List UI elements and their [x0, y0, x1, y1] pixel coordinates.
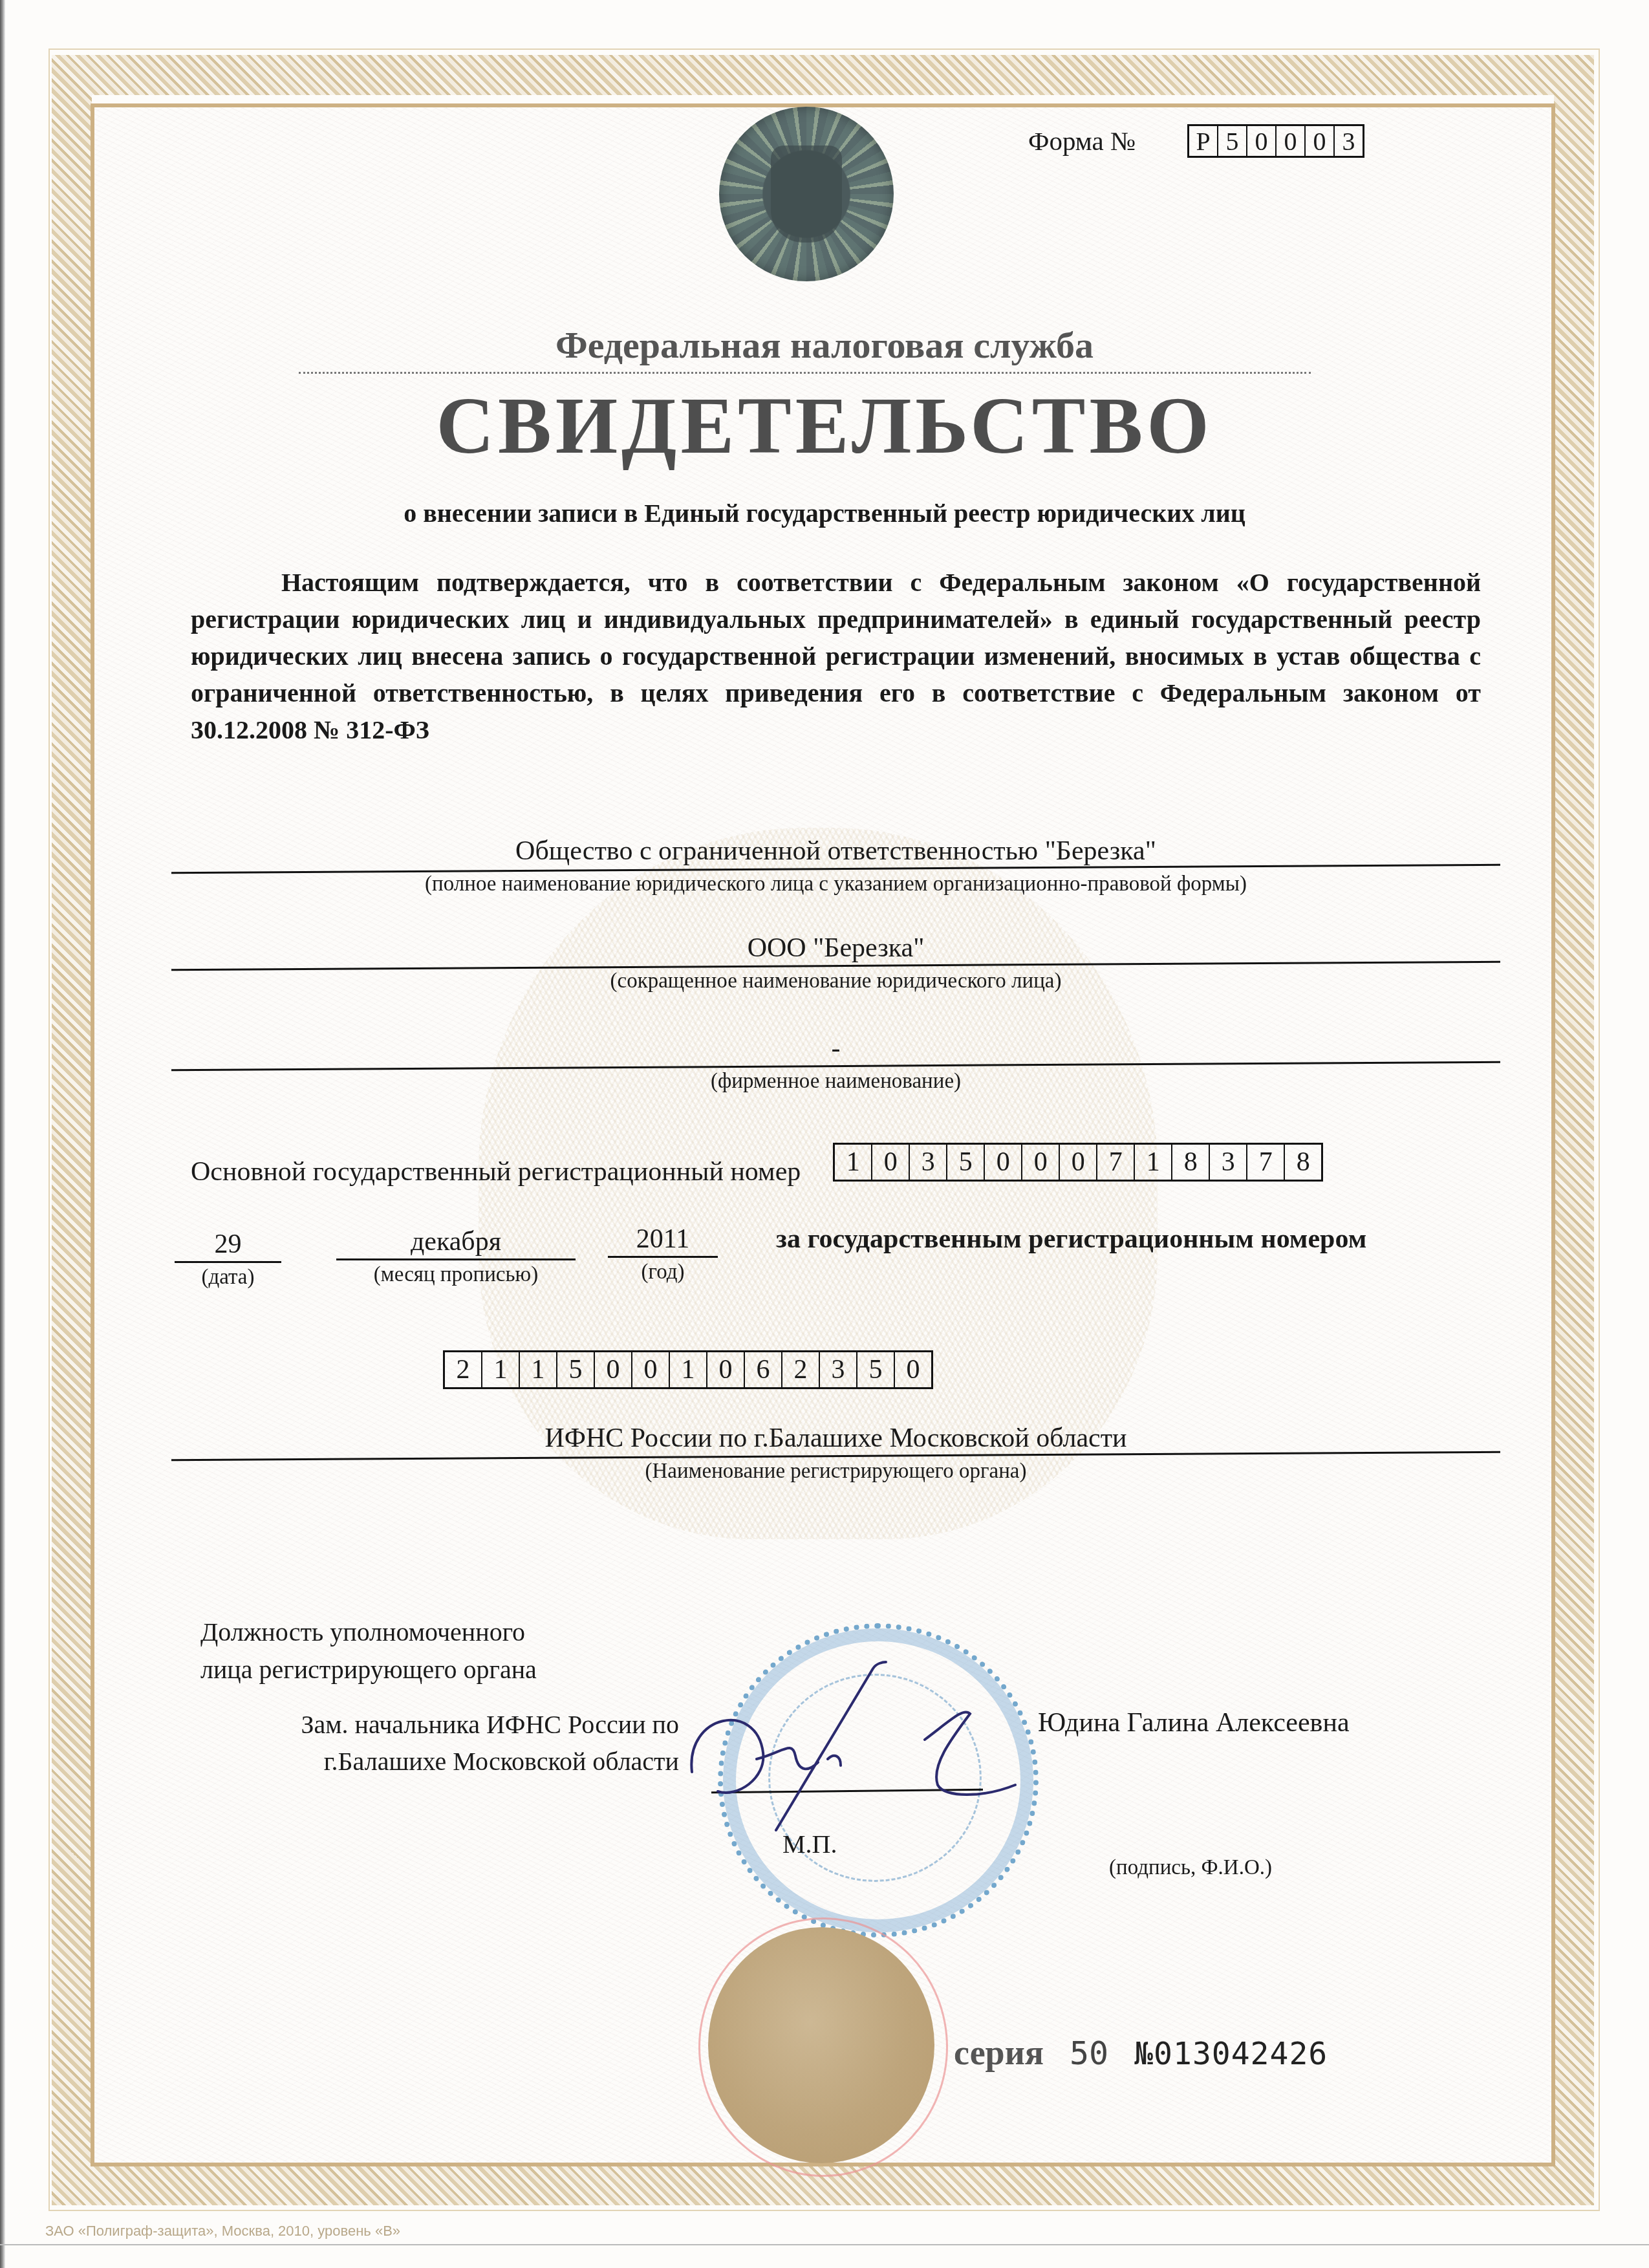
grn-digit-cell: 5	[857, 1352, 895, 1387]
ogrn-digit-cell: 1	[1135, 1145, 1172, 1180]
embossed-seal-icon	[708, 1927, 934, 2163]
ogrn-digit-cell: 0	[1060, 1145, 1097, 1180]
certificate-title: СВИДЕТЕЛЬСТВО	[0, 380, 1649, 472]
grn-digit-cell: 1	[482, 1352, 520, 1387]
grn-digit-cell: 1	[670, 1352, 707, 1387]
ogrn-digit-cell: 3	[1210, 1145, 1247, 1180]
handwritten-signature-icon	[679, 1643, 1041, 1843]
hologram-emblem-icon	[719, 107, 894, 281]
form-number-cell: 0	[1306, 126, 1335, 156]
authority-caption: (Наименование регистрирующего органа)	[171, 1460, 1500, 1484]
authority-field: ИФНС России по г.Балашихе Московской обл…	[171, 1421, 1500, 1484]
date-day-value: 29	[175, 1227, 281, 1261]
seal-place-label: М.П.	[782, 1829, 837, 1859]
date-year-rule	[608, 1256, 718, 1258]
registration-number-label: за государственным регистрационным номер…	[776, 1222, 1366, 1256]
ogrn-digit-cell: 1	[835, 1145, 872, 1180]
ogrn-label: Основной государственный регистрационный…	[191, 1156, 801, 1187]
grn-cells: 2115001062350	[443, 1350, 933, 1389]
grn-digit-cell: 0	[595, 1352, 632, 1387]
signer-title-label: Должность уполномоченного лица регистрир…	[200, 1614, 537, 1689]
grn-digit-cell: 0	[632, 1352, 670, 1387]
date-month-rule	[336, 1258, 576, 1260]
date-day-caption: (дата)	[175, 1266, 281, 1290]
ogrn-cells: 1035000718378	[833, 1143, 1323, 1182]
full-name-value: Общество с ограниченной ответственностью…	[171, 834, 1500, 868]
brand-name-value: -	[171, 1031, 1500, 1065]
date-year-caption: (год)	[608, 1260, 718, 1284]
signer-title-line1: Должность уполномоченного	[200, 1614, 537, 1651]
date-day: 29 (дата)	[175, 1227, 281, 1290]
form-number-cells: Р 5 0 0 0 3	[1187, 124, 1364, 158]
agency-name: Федеральная налоговая служба	[0, 323, 1649, 367]
agency-divider	[299, 372, 1311, 374]
form-number-cell: 3	[1335, 126, 1363, 156]
brand-name-field: - (фирменное наименование)	[171, 1031, 1500, 1094]
full-name-field: Общество с ограниченной ответственностью…	[171, 834, 1500, 896]
grn-digit-cell: 2	[782, 1352, 820, 1387]
signer-position-line1: Зам. начальника ИФНС России по	[239, 1706, 679, 1743]
printer-imprint: ЗАО «Полиграф-защита», Москва, 2010, уро…	[45, 2223, 400, 2240]
grn-digit-cell: 0	[895, 1352, 931, 1387]
full-name-caption: (полное наименование юридического лица с…	[171, 872, 1500, 896]
form-number: Форма № Р 5 0 0 0 3	[1028, 124, 1364, 158]
ogrn-digit-cell: 3	[910, 1145, 947, 1180]
signer-title-line2: лица регистрирующего органа	[200, 1651, 537, 1689]
ogrn-digit-cell: 8	[1285, 1145, 1321, 1180]
grn-digit-cell: 6	[745, 1352, 782, 1387]
series-number: серия 50 №013042426	[954, 2033, 1328, 2073]
certificate-body-text: Настоящим подтверждается, что в соответс…	[191, 564, 1481, 748]
form-number-cell: Р	[1189, 126, 1218, 156]
ogrn-digit-cell: 8	[1172, 1145, 1210, 1180]
grn-digit-cell: 5	[557, 1352, 595, 1387]
crest-icon	[771, 146, 842, 243]
registration-date: 29 (дата) декабря (месяц прописью) 2011 …	[175, 1222, 1500, 1306]
short-name-caption: (сокращенное наименование юридического л…	[171, 969, 1500, 993]
signer-position-line2: г.Балашихе Московской области	[239, 1743, 679, 1780]
blank-number: №013042426	[1134, 2036, 1328, 2072]
ogrn-digit-cell: 5	[947, 1145, 985, 1180]
form-number-label: Форма №	[1028, 125, 1136, 157]
signer-name: Юдина Галина Алексеевна	[1038, 1707, 1350, 1738]
date-month-caption: (месяц прописью)	[336, 1263, 576, 1287]
series-label: серия	[954, 2033, 1044, 2073]
brand-name-caption: (фирменное наименование)	[171, 1070, 1500, 1094]
scan-bottom-edge	[0, 2244, 1649, 2245]
authority-value: ИФНС России по г.Балашихе Московской обл…	[171, 1421, 1500, 1455]
ogrn-digit-cell: 7	[1097, 1145, 1135, 1180]
signer-position: Зам. начальника ИФНС России по г.Балаших…	[239, 1706, 679, 1780]
form-number-cell: 0	[1247, 126, 1277, 156]
form-number-cell: 5	[1218, 126, 1247, 156]
date-year-value: 2011	[608, 1222, 718, 1256]
signature-caption: (подпись, Ф.И.О.)	[1109, 1856, 1272, 1880]
grn-digit-cell: 3	[820, 1352, 857, 1387]
series-value: 50	[1070, 2035, 1108, 2072]
ogrn-digit-cell: 0	[1022, 1145, 1060, 1180]
short-name-field: ООО "Березка" (сокращенное наименование …	[171, 931, 1500, 993]
date-year: 2011 (год)	[608, 1222, 718, 1284]
ogrn-digit-cell: 0	[985, 1145, 1022, 1180]
ogrn-digit-cell: 0	[872, 1145, 910, 1180]
grn-digit-cell: 2	[445, 1352, 482, 1387]
form-number-cell: 0	[1277, 126, 1306, 156]
grn-digit-cell: 1	[520, 1352, 557, 1387]
short-name-value: ООО "Березка"	[171, 931, 1500, 965]
date-month-value: декабря	[336, 1225, 576, 1258]
date-month: декабря (месяц прописью)	[336, 1225, 576, 1287]
grn-row: 2115001062350	[443, 1350, 933, 1389]
grn-digit-cell: 0	[707, 1352, 745, 1387]
ogrn-digit-cell: 7	[1247, 1145, 1285, 1180]
date-day-rule	[175, 1261, 281, 1263]
ogrn-row: Основной государственный регистрационный…	[191, 1137, 1323, 1187]
certificate-subtitle: о внесении записи в Единый государственн…	[0, 498, 1649, 528]
